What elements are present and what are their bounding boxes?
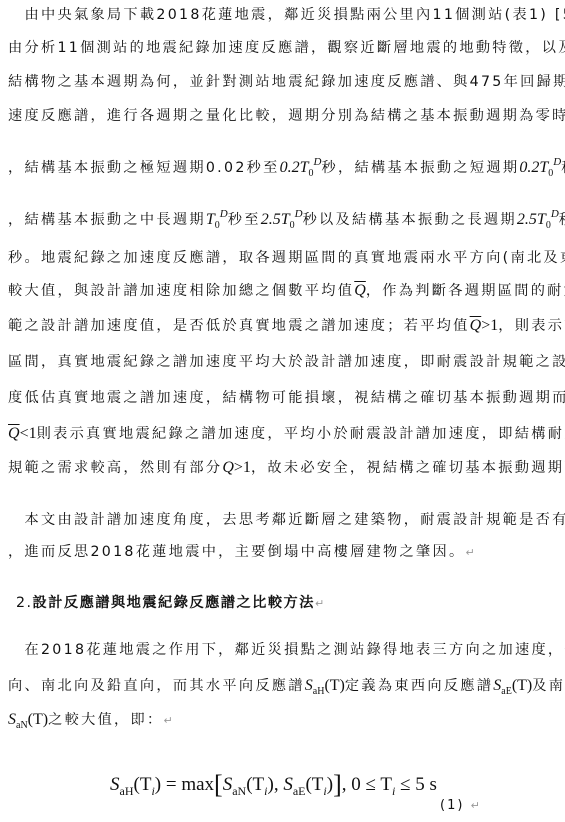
equation-1: SaH(Ti) = max[SaN(Ti), SaE(Ti)], 0 ≤ Ti …	[110, 770, 437, 800]
math-expression: 0.2T0D	[280, 159, 322, 176]
text: 及南北向	[532, 678, 565, 694]
text-line: ，進而反思2018花蓮地震中，主要倒塌中高樓層建物之肇因。↵	[8, 542, 559, 563]
text: ，作為判斷各週期區間的耐震設計規	[366, 283, 565, 299]
text: 則表示真實地震紀錄之譜加速度，平均小於耐震設計譜加速度，即結構耐震設計	[37, 426, 565, 442]
text: 定義為東西向反應譜	[345, 678, 493, 694]
text: 秒至	[228, 212, 261, 228]
text-line: ，結構基本振動之中長週期T0D秒至2.5T0D秒以及結構基本振動之長週期2.5T…	[8, 204, 559, 236]
text: ，結構基本振動之極短週期0.02秒至	[8, 160, 280, 176]
math-expression: T0D	[206, 211, 228, 228]
text-line: 本文由設計譜加速度角度，去思考鄰近斷層之建築物，耐震設計規範是否有被低估	[8, 510, 559, 530]
section-number: 2.	[16, 595, 33, 611]
text: ，進而反思2018花蓮地震中，主要倒塌中高樓層建物之肇因。	[8, 544, 466, 560]
text: ，故未必安全，視結構之確切基本振動週期而異。	[251, 460, 565, 476]
q-bar-symbol: Q	[354, 282, 366, 299]
text: 秒至	[561, 160, 565, 176]
text-line: 向、南北向及鉛直向，而其水平向反應譜SaH(T)定義為東西向反應譜SaE(T)及…	[8, 676, 559, 702]
text-line: ，結構基本振動之極短週期0.02秒至0.2T0D秒，結構基本振動之短週期0.2T…	[8, 152, 559, 184]
text: 之較大值，即：	[48, 712, 163, 728]
text-line: 速度反應譜，進行各週期之量化比較，週期分別為結構之基本振動週期為零時(T =0)	[8, 106, 559, 126]
q-bar-symbol: Q	[8, 425, 20, 442]
math-expression: 2.5T0D	[261, 211, 303, 228]
math-expression: SaN(T)	[8, 711, 48, 728]
text-line: 在2018花蓮地震之作用下，鄰近災損點之測站錄得地表三方向之加速度，分別為東西	[8, 640, 559, 660]
text-line: 由中央氣象局下載2018花蓮地震，鄰近災損點兩公里內11個測站(表1) [5]。…	[8, 5, 559, 25]
text: 規範之需求較高，然則有部分	[8, 460, 222, 476]
q-bar-symbol: Q	[470, 317, 482, 334]
text: 速度反應譜，進行各週期之量化比較，週期分別為結構之基本振動週期為零時(	[8, 108, 565, 124]
text: ，則表示該週期	[498, 318, 565, 334]
text: 秒以及結構基本振動之長週期	[303, 212, 517, 228]
text: 範之設計譜加速度值，是否低於真實地震之譜加速度；若平均值	[8, 318, 470, 334]
text-line: 度低估真實地震之譜加速度，結構物可能損壞，視結構之確切基本振動週期而異；若	[8, 388, 559, 408]
math-expression: 2.5T0D	[517, 211, 559, 228]
section-heading: 2.設計反應譜與地震紀錄反應譜之比較方法↵	[16, 593, 559, 614]
text: ，結構基本振動之中長週期	[8, 212, 206, 228]
equation-number: (1) ↵	[440, 798, 480, 813]
math-expression: >1	[234, 459, 251, 476]
text: 向、南北向及鉛直向，而其水平向反應譜	[8, 678, 305, 694]
text-line: 由分析11個測站的地震紀錄加速度反應譜，觀察近斷層地震的地動特徵，以及主要影響	[8, 38, 559, 58]
math-expression: SaH(T)	[305, 677, 345, 694]
return-mark-icon: ↵	[471, 799, 480, 812]
math-expression: SaE(T)	[493, 677, 532, 694]
text: 秒，結構基本振動之短週期	[321, 160, 519, 176]
text-line: 規範之需求較高，然則有部分Q>1，故未必安全，視結構之確切基本振動週期而異。↵	[8, 458, 559, 479]
math-expression: <1	[20, 425, 37, 442]
text-line: 範之設計譜加速度值，是否低於真實地震之譜加速度；若平均值Q>1，則表示該週期	[8, 316, 559, 336]
q-symbol: Q	[222, 459, 234, 476]
text-line: 較大值，與設計譜加速度相除加總之個數平均值Q，作為判斷各週期區間的耐震設計規	[8, 281, 559, 301]
section-title: 設計反應譜與地震紀錄反應譜之比較方法	[33, 595, 315, 611]
text-line: SaN(T)之較大值，即：↵	[8, 710, 559, 736]
text-line: Q<1則表示真實地震紀錄之譜加速度，平均小於耐震設計譜加速度，即結構耐震設計	[8, 424, 559, 444]
text-line: 秒。地震紀錄之加速度反應譜，取各週期區間的真實地震兩水平方向(南北及東西向)之	[8, 248, 559, 268]
return-mark-icon: ↵	[466, 546, 475, 559]
return-mark-icon: ↵	[164, 714, 173, 727]
math-expression: 0.2T0D	[519, 159, 561, 176]
text: 較大值，與設計譜加速度相除加總之個數平均值	[8, 283, 354, 299]
math-expression: >1	[481, 317, 498, 334]
text-line: 區間，真實地震紀錄之譜加速度平均大於設計譜加速度，即耐震設計規範之設計譜加速	[8, 352, 559, 372]
text: 秒至5	[559, 212, 565, 228]
return-mark-icon: ↵	[315, 597, 324, 610]
text-line: 結構物之基本週期為何，並針對測站地震紀錄加速度反應譜、與475年回歸期之設計加	[8, 72, 559, 92]
